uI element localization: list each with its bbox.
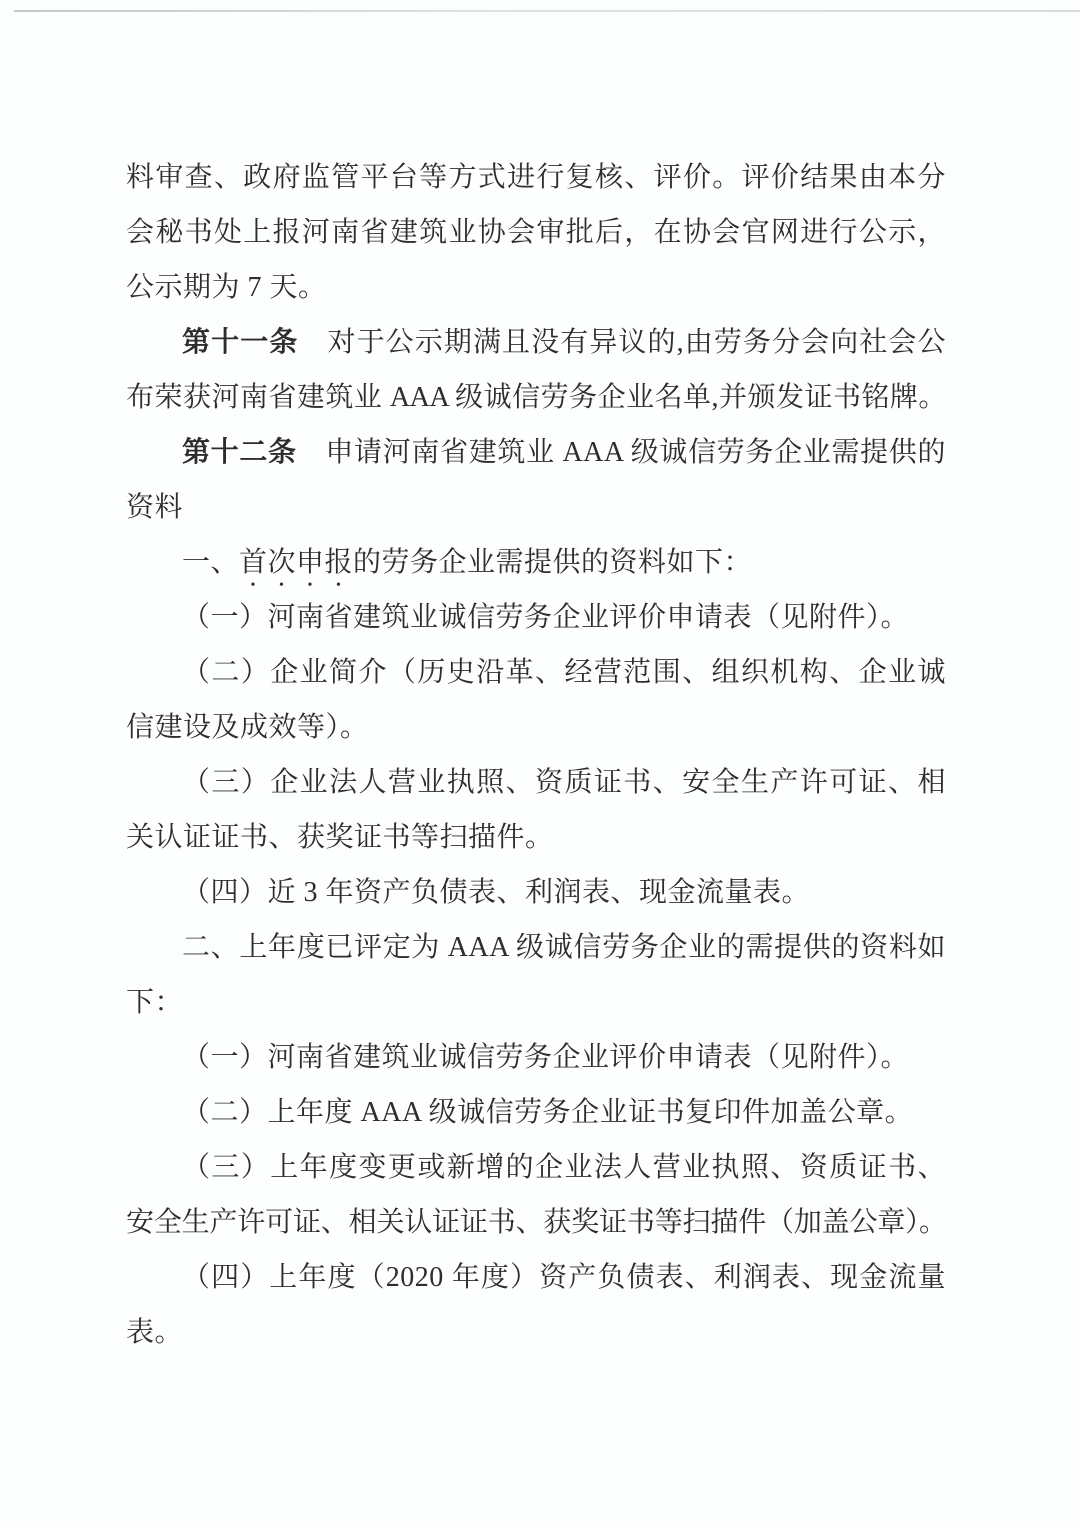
text-line: 二、上年度已评定为 AAA 级诚信劳务企业的需提供的资料如 xyxy=(126,920,946,975)
text-segment: 申请河南省建筑业 AAA 级诚信劳务企业需提供的 xyxy=(297,437,946,468)
text-segment: （三）上年度变更或新增的企业法人营业执照、资质证书、 xyxy=(182,1152,946,1183)
text-line: 资料 xyxy=(126,480,946,535)
text-segment: （一）河南省建筑业诚信劳务企业评价申请表（见附件）。 xyxy=(182,1042,909,1073)
text-line: （二）企业简介（历史沿革、经营范围、组织机构、企业诚 xyxy=(126,645,946,700)
text-segment: 的劳务企业需提供的资料如下： xyxy=(353,547,752,578)
text-line: （三）企业法人营业执照、资质证书、安全生产许可证、相 xyxy=(126,755,946,810)
text-line: 第十一条 对于公示期满且没有异议的,由劳务分会向社会公 xyxy=(126,315,946,370)
text-segment: 布荣获河南省建筑业 AAA 级诚信劳务企业名单,并颁发证书铭牌。 xyxy=(126,382,946,413)
text-segment: 一、 xyxy=(182,547,239,578)
document-content: 料审查、政府监管平台等方式进行复核、评价。评价结果由本分会秘书处上报河南省建筑业… xyxy=(126,150,946,1360)
text-line: 安全生产许可证、相关认证证书、获奖证书等扫描件（加盖公章）。 xyxy=(126,1195,946,1250)
text-segment: （二）上年度 AAA 级诚信劳务企业证书复印件加盖公章。 xyxy=(182,1097,913,1128)
text-segment: 安全生产许可证、相关认证证书、获奖证书等扫描件（加盖公章）。 xyxy=(126,1207,946,1238)
text-line: 下： xyxy=(126,975,946,1030)
text-segment: 关认证证书、获奖证书等扫描件。 xyxy=(126,822,554,853)
text-line: （三）上年度变更或新增的企业法人营业执照、资质证书、 xyxy=(126,1140,946,1195)
text-segment: 表。 xyxy=(126,1317,183,1348)
text-line: 一、首次申报的劳务企业需提供的资料如下： xyxy=(126,535,946,590)
text-line: （一）河南省建筑业诚信劳务企业评价申请表（见附件）。 xyxy=(126,590,946,645)
clause-heading-text: 第十一条 xyxy=(182,327,298,358)
text-segment: （四）上年度（2020 年度）资产负债表、利润表、现金流量 xyxy=(182,1262,946,1293)
text-line: （二）上年度 AAA 级诚信劳务企业证书复印件加盖公章。 xyxy=(126,1085,946,1140)
emphasized-text: 首次申报 xyxy=(239,547,353,578)
text-line: 料审查、政府监管平台等方式进行复核、评价。评价结果由本分 xyxy=(126,150,946,205)
clause-heading-text: 第十二条 xyxy=(182,437,297,468)
text-segment: 会秘书处上报河南省建筑业协会审批后，在协会官网进行公示， xyxy=(126,217,946,248)
text-line: 关认证证书、获奖证书等扫描件。 xyxy=(126,810,946,865)
text-segment: 信建设及成效等）。 xyxy=(126,712,369,743)
document-page: 料审查、政府监管平台等方式进行复核、评价。评价结果由本分会秘书处上报河南省建筑业… xyxy=(0,0,1080,1525)
text-line: 表。 xyxy=(126,1305,946,1360)
text-line: 第十二条 申请河南省建筑业 AAA 级诚信劳务企业需提供的 xyxy=(126,425,946,480)
text-line: 布荣获河南省建筑业 AAA 级诚信劳务企业名单,并颁发证书铭牌。 xyxy=(126,370,946,425)
text-line: 会秘书处上报河南省建筑业协会审批后，在协会官网进行公示， xyxy=(126,205,946,260)
text-line: 公示期为 7 天。 xyxy=(126,260,946,315)
text-segment: 料审查、政府监管平台等方式进行复核、评价。评价结果由本分 xyxy=(126,162,946,193)
text-segment: 对于公示期满且没有异议的,由劳务分会向社会公 xyxy=(298,327,946,358)
text-segment: （四）近 3 年资产负债表、利润表、现金流量表。 xyxy=(182,877,810,908)
text-segment: （一）河南省建筑业诚信劳务企业评价申请表（见附件）。 xyxy=(182,602,909,633)
text-line: 信建设及成效等）。 xyxy=(126,700,946,755)
text-segment: 下： xyxy=(126,987,183,1018)
text-segment: 资料 xyxy=(126,492,183,523)
text-line: （四）上年度（2020 年度）资产负债表、利润表、现金流量 xyxy=(126,1250,946,1305)
text-line: （一）河南省建筑业诚信劳务企业评价申请表（见附件）。 xyxy=(126,1030,946,1085)
scan-edge-line xyxy=(14,10,1080,12)
text-line: （四）近 3 年资产负债表、利润表、现金流量表。 xyxy=(126,865,946,920)
text-segment: 二、上年度已评定为 AAA 级诚信劳务企业的需提供的资料如 xyxy=(182,932,946,963)
text-segment: 公示期为 7 天。 xyxy=(126,272,327,303)
text-segment: （三）企业法人营业执照、资质证书、安全生产许可证、相 xyxy=(182,767,946,798)
text-segment: （二）企业简介（历史沿革、经营范围、组织机构、企业诚 xyxy=(182,657,946,688)
